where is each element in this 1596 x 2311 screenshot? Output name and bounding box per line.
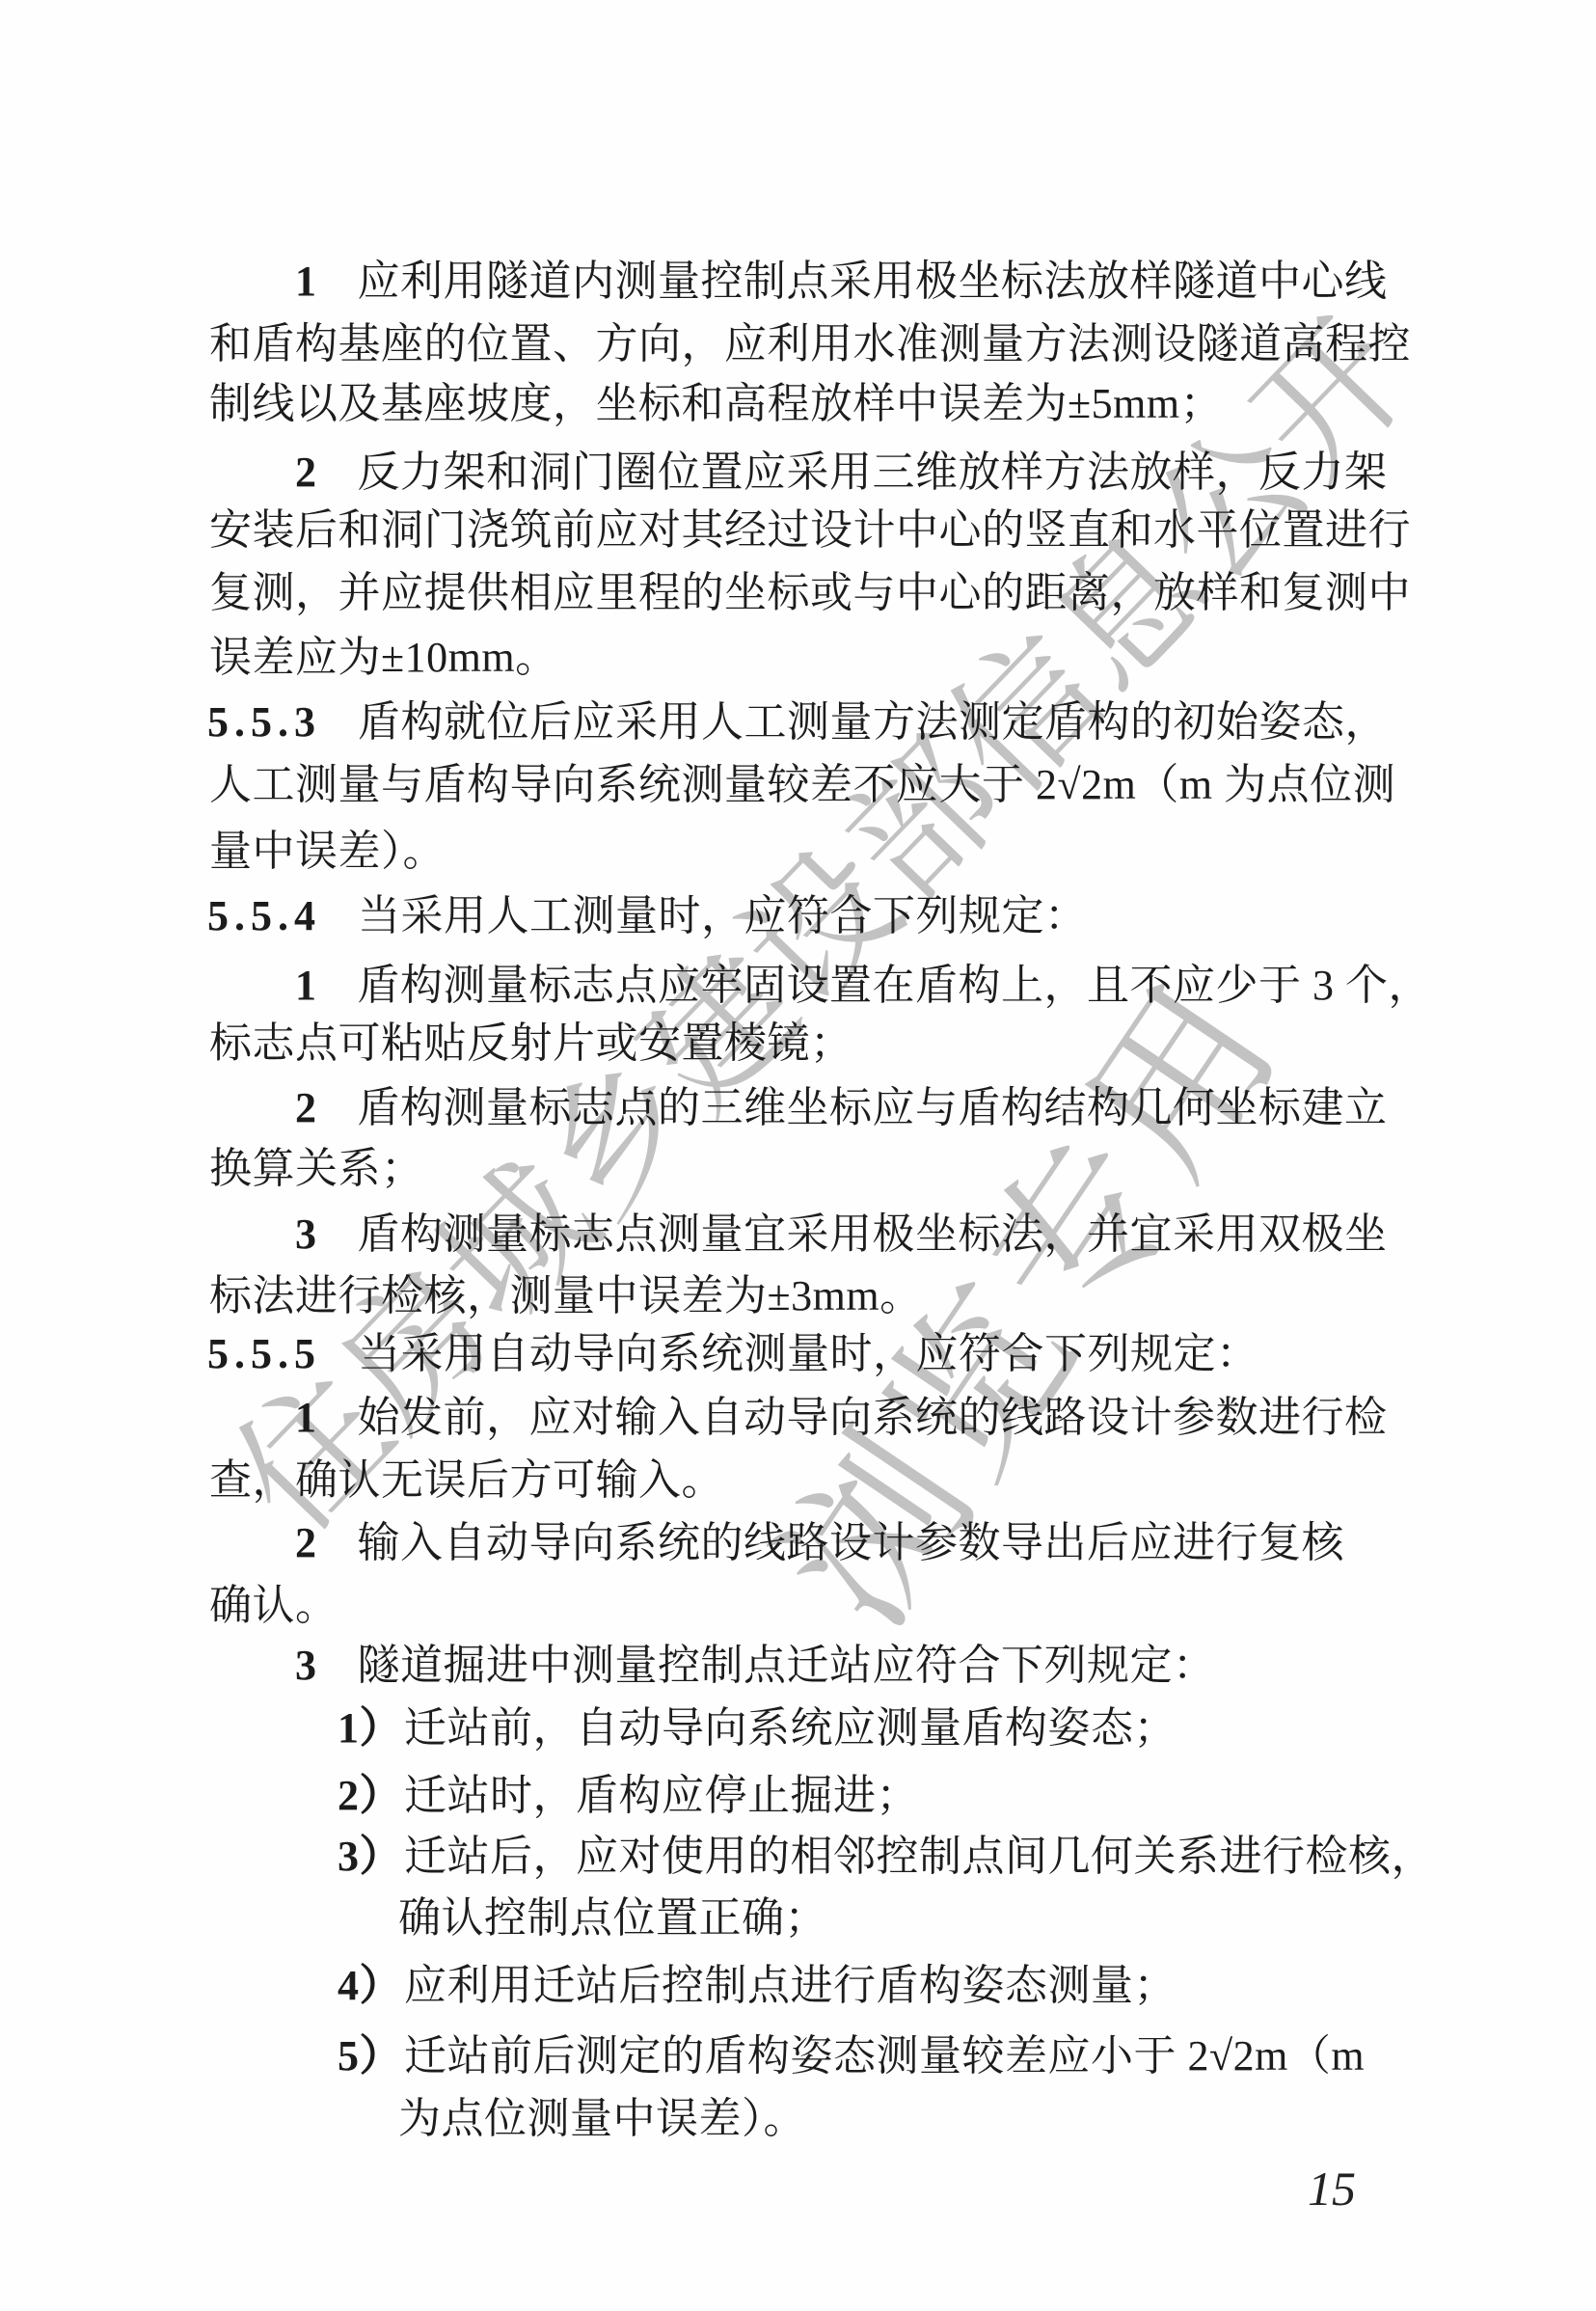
item-number: 2 [295, 1519, 317, 1566]
text-line: 3盾构测量标志点测量宜采用极坐标法，并宜采用双极坐 [295, 1207, 1388, 1263]
line-text: 盾构测量标志点应牢固设置在盾构上，且不应少于 3 个， [358, 962, 1432, 1009]
line-text: 标志点可粘贴反射片或安置棱镜； [209, 1020, 853, 1067]
line-text: 反力架和洞门圈位置应采用三维放样方法放样，反力架 [358, 449, 1388, 496]
text-line: 3隧道掘进中测量控制点迁站应符合下列规定： [295, 1638, 1216, 1694]
text-line: 4）应利用迁站后控制点进行盾构姿态测量； [338, 1958, 1177, 2014]
text-line: 误差应为±10mm。 [209, 630, 558, 686]
text-line: 5.5.3盾构就位后应采用人工测量方法测定盾构的初始姿态， [207, 694, 1388, 750]
item-number: 3 [295, 1642, 317, 1689]
text-line: 复测，并应提供相应里程的坐标或与中心的距离，放样和复测中 [209, 565, 1411, 621]
line-text: 盾构测量标志点的三维坐标应与盾构结构几何坐标建立 [358, 1084, 1388, 1131]
text-line: 标志点可粘贴反射片或安置棱镜； [209, 1016, 853, 1072]
item-number: 3） [338, 1833, 402, 1880]
line-text: 确认控制点位置正确； [398, 1894, 827, 1942]
text-line: 1盾构测量标志点应牢固设置在盾构上，且不应少于 3 个， [295, 958, 1431, 1014]
line-text: 制线以及基座坡度，坐标和高程放样中误差为±5mm； [209, 380, 1223, 427]
line-text: 查，确认无误后方可输入。 [209, 1456, 724, 1504]
item-number: 2 [295, 1084, 317, 1131]
line-text: 当采用自动导向系统测量时，应符合下列规定： [358, 1330, 1259, 1377]
text-line: 确认控制点位置正确； [398, 1890, 827, 1946]
text-line: 1始发前，应对输入自动导向系统的线路设计参数进行检 [295, 1390, 1388, 1446]
line-text: 复测，并应提供相应里程的坐标或与中心的距离，放样和复测中 [209, 569, 1411, 616]
text-block: 1应利用隧道内测量控制点采用极坐标法放样隧道中心线和盾构基座的位置、方向，应利用… [0, 0, 1596, 2311]
line-text: 输入自动导向系统的线路设计参数导出后应进行复核 [358, 1519, 1345, 1566]
item-number: 5.5.5 [207, 1330, 321, 1377]
line-text: 和盾构基座的位置、方向，应利用水准测量方法测设隧道高程控 [209, 320, 1411, 367]
text-line: 5）迁站前后测定的盾构姿态测量较差应小于 2√2m（m [338, 2028, 1365, 2084]
text-line: 人工测量与盾构导向系统测量较差不应大于 2√2m（m 为点位测 [209, 757, 1395, 813]
line-text: 当采用人工测量时，应符合下列规定： [358, 892, 1088, 939]
line-text: 误差应为±10mm。 [209, 634, 558, 681]
line-text: 量中误差）。 [209, 828, 446, 875]
text-line: 3）迁站后，应对使用的相邻控制点间几何关系进行检核， [338, 1829, 1434, 1885]
line-text: 人工测量与盾构导向系统测量较差不应大于 2√2m（m 为点位测 [209, 761, 1395, 808]
item-number: 4） [338, 1962, 402, 2009]
item-number: 1 [295, 1394, 317, 1441]
line-text: 安装后和洞门浇筑前应对其经过设计中心的竖直和水平位置进行 [209, 506, 1411, 554]
text-line: 1应利用隧道内测量控制点采用极坐标法放样隧道中心线 [295, 254, 1388, 310]
line-text: 迁站时，盾构应停止掘进； [404, 1772, 919, 1819]
text-line: 2）迁站时，盾构应停止掘进； [338, 1768, 919, 1824]
text-line: 换算关系； [209, 1141, 424, 1197]
text-line: 量中误差）。 [209, 824, 446, 880]
item-number: 5） [338, 2032, 402, 2080]
line-text: 应利用隧道内测量控制点采用极坐标法放样隧道中心线 [358, 258, 1388, 305]
line-text: 迁站前，自动导向系统应测量盾构姿态； [404, 1704, 1177, 1752]
text-line: 5.5.5当采用自动导向系统测量时，应符合下列规定： [207, 1326, 1259, 1382]
text-line: 为点位测量中误差）。 [398, 2091, 806, 2147]
item-number: 3 [295, 1210, 317, 1258]
item-number: 5.5.4 [207, 892, 321, 939]
line-text: 始发前，应对输入自动导向系统的线路设计参数进行检 [358, 1394, 1388, 1441]
document-page: 住房城乡建设部信息公开 浏览专用 1应利用隧道内测量控制点采用极坐标法放样隧道中… [0, 0, 1596, 2311]
text-line: 标法进行检核，测量中误差为±3mm。 [209, 1268, 923, 1324]
item-number: 5.5.3 [207, 698, 321, 746]
line-text: 隧道掘进中测量控制点迁站应符合下列规定： [358, 1642, 1216, 1689]
line-text: 标法进行检核，测量中误差为±3mm。 [209, 1272, 923, 1319]
text-line: 查，确认无误后方可输入。 [209, 1453, 724, 1509]
item-number: 1 [295, 258, 317, 305]
line-text: 应利用迁站后控制点进行盾构姿态测量； [404, 1962, 1177, 2009]
line-text: 迁站后，应对使用的相邻控制点间几何关系进行检核， [404, 1833, 1434, 1880]
text-line: 2输入自动导向系统的线路设计参数导出后应进行复核 [295, 1515, 1344, 1571]
line-text: 为点位测量中误差）。 [398, 2095, 806, 2142]
text-line: 安装后和洞门浇筑前应对其经过设计中心的竖直和水平位置进行 [209, 503, 1411, 558]
text-line: 2盾构测量标志点的三维坐标应与盾构结构几何坐标建立 [295, 1080, 1388, 1136]
line-text: 盾构就位后应采用人工测量方法测定盾构的初始姿态， [358, 698, 1388, 746]
page-number: 15 [1308, 2161, 1356, 2216]
text-line: 1）迁站前，自动导向系统应测量盾构姿态； [338, 1700, 1177, 1756]
line-text: 确认。 [209, 1582, 338, 1629]
item-number: 1） [338, 1704, 402, 1752]
item-number: 2 [295, 449, 317, 496]
line-text: 盾构测量标志点测量宜采用极坐标法，并宜采用双极坐 [358, 1210, 1388, 1258]
text-line: 5.5.4当采用人工测量时，应符合下列规定： [207, 888, 1088, 944]
line-text: 迁站前后测定的盾构姿态测量较差应小于 2√2m（m [404, 2032, 1365, 2080]
text-line: 2反力架和洞门圈位置应采用三维放样方法放样，反力架 [295, 445, 1388, 501]
item-number: 2） [338, 1772, 402, 1819]
text-line: 制线以及基座坡度，坐标和高程放样中误差为±5mm； [209, 376, 1223, 432]
text-line: 确认。 [209, 1578, 338, 1634]
text-line: 和盾构基座的位置、方向，应利用水准测量方法测设隧道高程控 [209, 316, 1411, 372]
item-number: 1 [295, 962, 317, 1009]
line-text: 换算关系； [209, 1145, 424, 1192]
